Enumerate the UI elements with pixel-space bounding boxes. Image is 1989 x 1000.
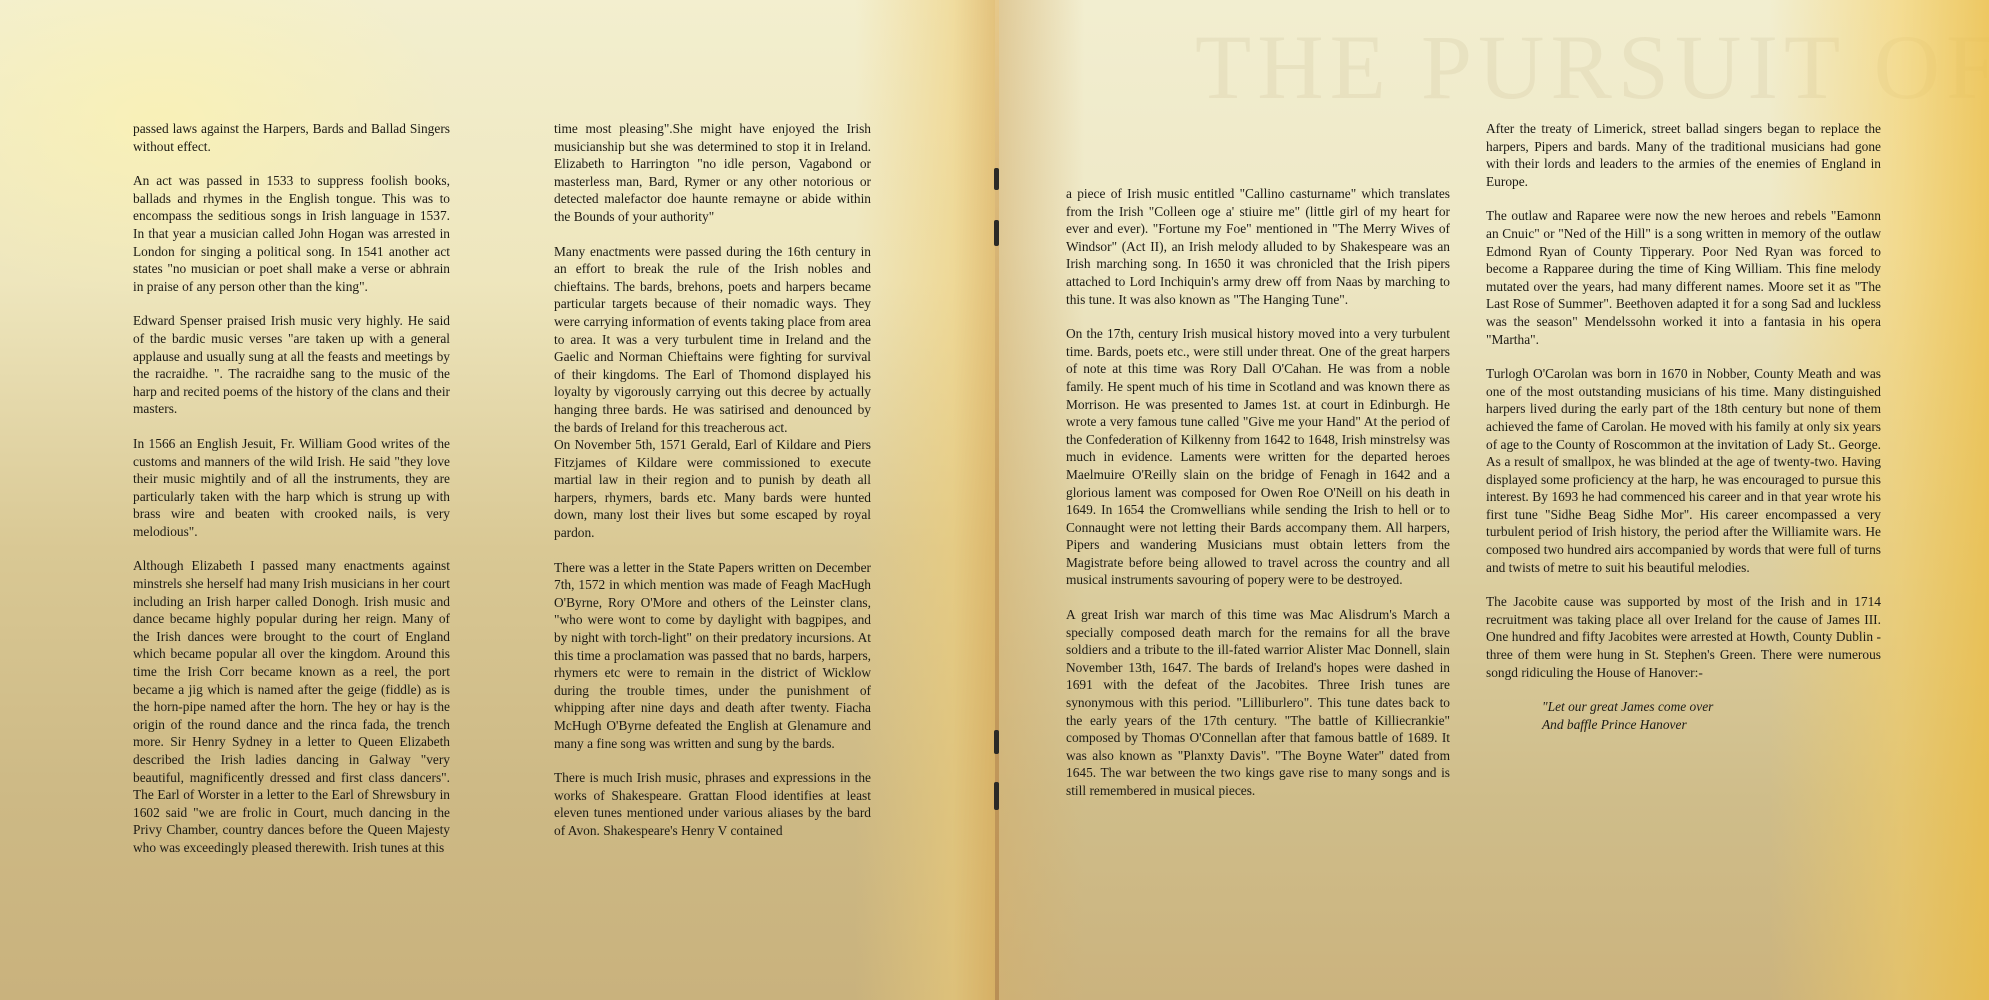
left-page-column-2: time most pleasing".She might have enjoy… xyxy=(554,120,871,857)
booklet-spread: passed laws against the Harpers, Bards a… xyxy=(0,0,1989,1000)
paragraph: a piece of Irish music entitled "Callino… xyxy=(1066,185,1450,308)
paragraph: A great Irish war march of this time was… xyxy=(1066,606,1450,800)
paragraph: The Jacobite cause was supported by most… xyxy=(1486,593,1881,681)
paragraph: There was a letter in the State Papers w… xyxy=(554,559,871,753)
paragraph: In 1566 an English Jesuit, Fr. William G… xyxy=(133,435,450,541)
paragraph: An act was passed in 1533 to suppress fo… xyxy=(133,172,450,295)
verse-line: And baffle Prince Hanover xyxy=(1542,716,1881,734)
staple-icon xyxy=(994,168,999,190)
paragraph: time most pleasing".She might have enjoy… xyxy=(554,120,871,226)
paragraph: Edward Spenser praised Irish music very … xyxy=(133,312,450,418)
verse-line: "Let our great James come over xyxy=(1542,698,1881,716)
paragraph: There is much Irish music, phrases and e… xyxy=(554,769,871,839)
left-page-column-1: passed laws against the Harpers, Bards a… xyxy=(133,120,450,874)
right-page-column-2: After the treaty of Limerick, street bal… xyxy=(1486,120,1881,733)
staple-icon xyxy=(994,782,999,810)
paragraph: After the treaty of Limerick, street bal… xyxy=(1486,120,1881,190)
left-page: passed laws against the Harpers, Bards a… xyxy=(0,0,995,1000)
paragraph: passed laws against the Harpers, Bards a… xyxy=(133,120,450,155)
paragraph: Many enactments were passed during the 1… xyxy=(554,243,871,437)
booklet-spine xyxy=(995,0,999,1000)
paragraph: On November 5th, 1571 Gerald, Earl of Ki… xyxy=(554,436,871,542)
staple-icon xyxy=(994,220,999,246)
background-title-watermark: THE PURSUIT OF xyxy=(1195,14,1989,120)
paragraph: The outlaw and Raparee were now the new … xyxy=(1486,207,1881,348)
paragraph: Turlogh O'Carolan was born in 1670 in No… xyxy=(1486,365,1881,576)
right-page: THE PURSUIT OF a piece of Irish music en… xyxy=(995,0,1989,1000)
right-page-column-1: a piece of Irish music entitled "Callino… xyxy=(1066,185,1450,817)
paragraph: Although Elizabeth I passed many enactme… xyxy=(133,557,450,856)
verse-quote: "Let our great James come over And baffl… xyxy=(1542,698,1881,733)
staple-icon xyxy=(994,730,999,754)
paragraph: On the 17th, century Irish musical histo… xyxy=(1066,325,1450,589)
